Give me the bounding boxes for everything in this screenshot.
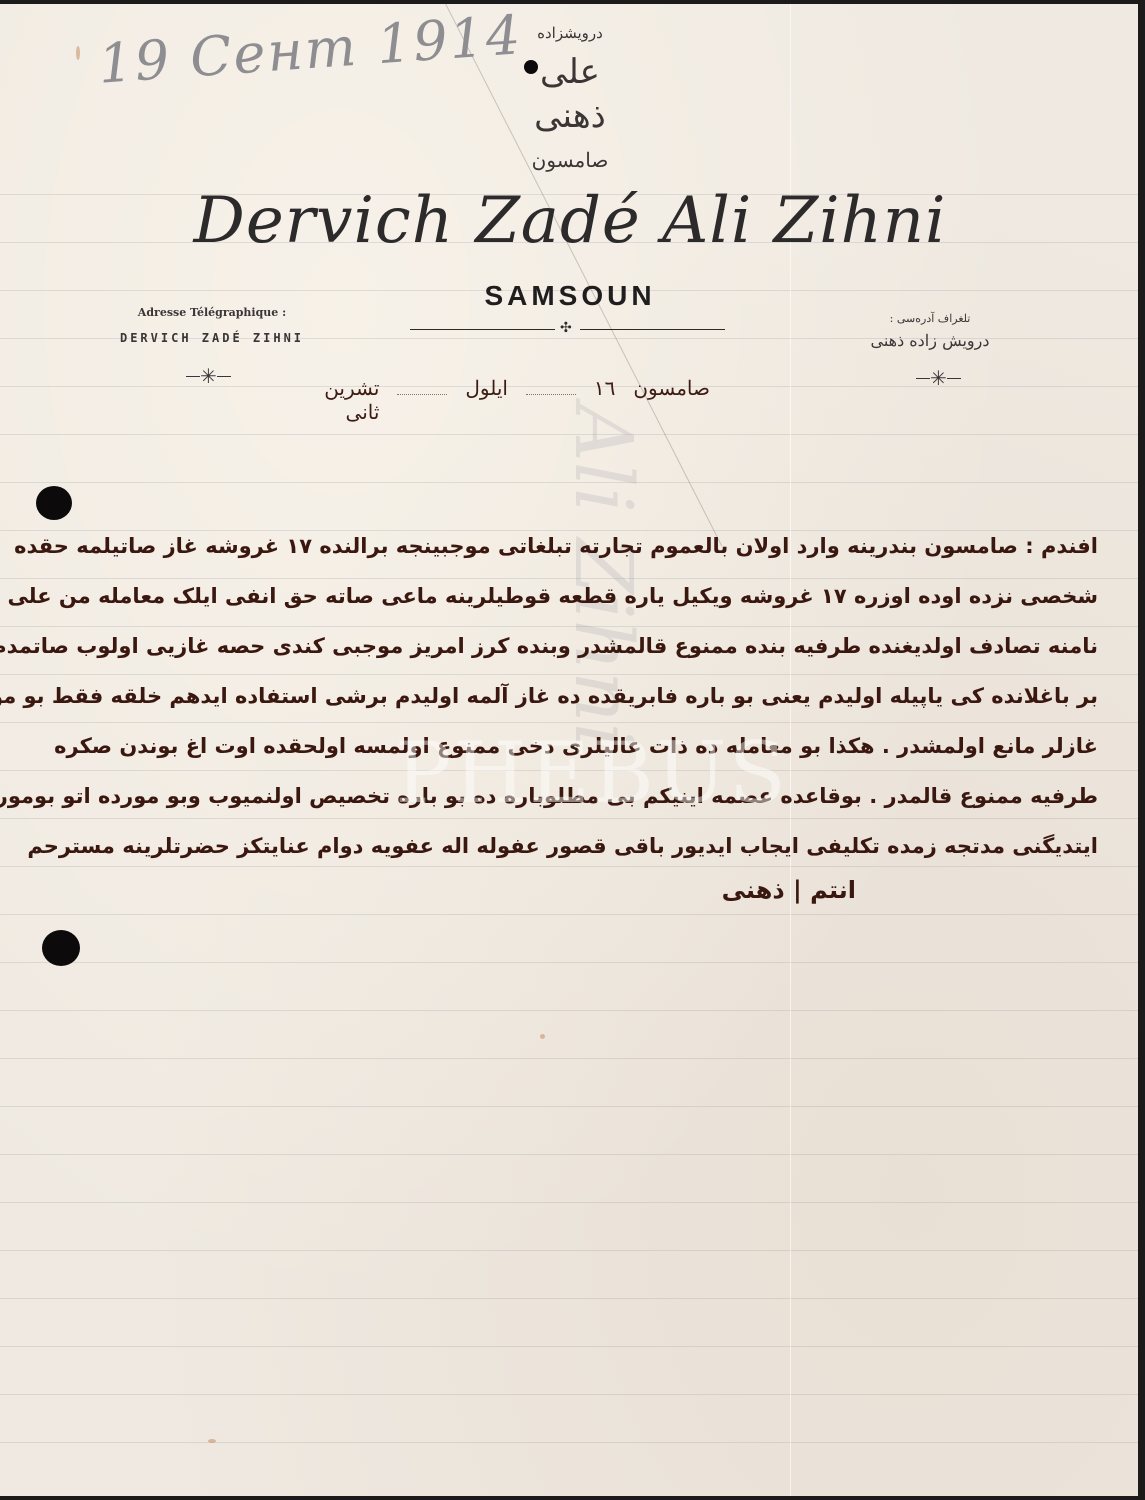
letter-page: Ali Zihni 19 Сент 1914 درویشزاده علی ذهن… <box>0 4 1138 1496</box>
signature: انتم | ذهنی <box>722 876 856 904</box>
telegraphic-value-tr: درویش زاده ذهنی <box>840 331 1020 350</box>
pencil-date-annotation: 19 Сент 1914 <box>96 4 524 96</box>
body-line: شخصی نزده اوده اوزره ١٧ غروشه ویکیل یاره… <box>7 584 1098 608</box>
city-heading: SAMSOUN <box>420 280 720 312</box>
ruled-line <box>0 1202 1138 1203</box>
star-ornament-icon: ✳ <box>930 368 947 388</box>
telegraphic-label-tr: تلغراف آدرەسی : <box>840 312 1020 325</box>
star-ornament-icon: ✳ <box>200 366 217 386</box>
dateline-suffix: تشرین ثانی <box>300 376 379 424</box>
telegraphic-label-fr: Adresse Télégraphique : <box>62 306 362 319</box>
letterhead-monogram: درویشزاده علی ذهنی صامسون <box>505 24 635 172</box>
stain <box>76 46 80 60</box>
ruled-line <box>0 1106 1138 1107</box>
ruled-line <box>0 1250 1138 1251</box>
dateline-day: ١٦ <box>594 376 615 400</box>
watermark: PHEBUS <box>395 724 785 822</box>
punch-hole <box>42 930 80 966</box>
ink-blot <box>524 60 538 74</box>
ruled-line <box>0 1154 1138 1155</box>
body-line: بر باغلانده کی یاپیله اولیدم یعنی بو بار… <box>0 684 1098 708</box>
dateline-place: صامسون <box>633 376 710 400</box>
dateline: صامسون ١٦ ایلول تشرین ثانی <box>300 376 710 424</box>
stain <box>540 1034 545 1039</box>
body-line: نامنه تصادف اولدیغنده طرفیه بنده ممنوع ق… <box>0 634 1098 658</box>
ruled-line <box>0 1394 1138 1395</box>
company-name-heading: Dervich Zadé Ali Zihni <box>180 184 960 258</box>
dotted-fill <box>526 394 576 395</box>
ruled-line <box>0 1442 1138 1443</box>
divider-ornament: ✣ <box>410 324 725 336</box>
telegraphic-address-fr: Adresse Télégraphique : DERVICH ZADÉ ZIH… <box>62 306 362 345</box>
body-line: ایتدیگنی مدتجه زمده تکلیفی ایجاب ایدیور … <box>27 834 1098 858</box>
punch-hole <box>36 486 72 520</box>
dateline-month: ایلول <box>465 376 508 400</box>
ruled-line <box>0 1346 1138 1347</box>
body-line: افندم : صامسون بندرینه وارد اولان بالعمو… <box>14 534 1098 558</box>
telegraphic-value-fr: DERVICH ZADÉ ZIHNI <box>62 331 362 345</box>
ruled-line <box>0 1298 1138 1299</box>
stain <box>208 1439 216 1443</box>
monogram-top-text: درویشزاده <box>505 24 635 42</box>
telegraphic-address-tr: تلغراف آدرەسی : درویش زاده ذهنی <box>840 312 1020 350</box>
monogram-city: صامسون <box>505 148 635 172</box>
dotted-fill <box>397 394 447 395</box>
ornament-center-icon: ✣ <box>560 320 572 336</box>
